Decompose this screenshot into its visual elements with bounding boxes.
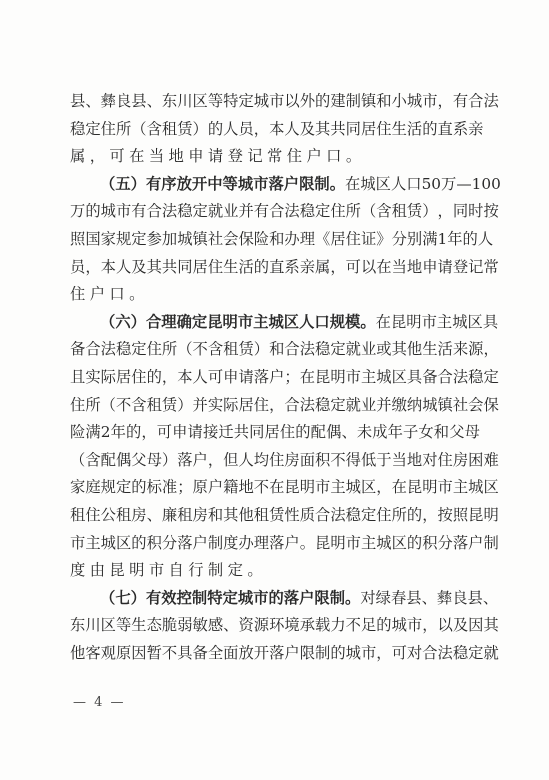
text-char: 川 [85,612,100,640]
heading-char: 定 [223,585,238,613]
text-char: 地 [169,143,189,171]
heading-char: 户 [299,585,314,613]
text-char: （ [177,336,192,364]
text-char: 的 [208,116,223,144]
text-char: 办 [284,226,299,254]
text-char: 城 [254,88,269,116]
text-char: 万 [441,171,456,199]
text-char: 他 [70,640,85,668]
text-char: 定 [330,392,345,420]
text-char: 不 [346,612,361,640]
text-char: 区 [392,530,407,558]
heading-char: 人 [299,309,314,337]
text-char: 落 [269,530,284,558]
text-char: ； [177,474,192,502]
text-char: 同 [177,254,192,282]
text-char: ， [254,116,269,144]
text-char: ， [376,474,391,502]
text-char: 住 [208,254,223,282]
text-char: 稳 [70,116,85,144]
text-char: 。 [346,143,366,171]
heading-char: 效 [161,585,176,613]
text-char: 稳 [315,392,330,420]
text-char: 员 [238,116,253,144]
text-char: 或 [376,336,391,364]
text-char: 其 [223,502,238,530]
text-char: 度 [70,557,90,585]
text-char: ， [90,143,110,171]
text-char: 积 [315,447,330,475]
text-char: 和 [269,336,284,364]
text-char: 备 [193,640,208,668]
text-char: 明 [300,474,315,502]
text-char: 租 [162,116,177,144]
heading-char: （ [100,309,115,337]
text-char: 及 [300,116,315,144]
text-char: 市 [70,530,85,558]
text-char: 常 [483,254,498,282]
text-char: 住 [70,392,85,420]
text-char: 规 [116,226,131,254]
text-char: 在 [376,309,391,337]
text-char: 落 [269,640,284,668]
text-char: 当 [392,254,407,282]
text-line: 县、彝良县、东川区等特定城市以外的建制镇和小城市，有合法 [70,88,480,116]
text-char: 和 [269,226,284,254]
text-char: 本 [269,116,284,144]
text-char: 定 [131,336,146,364]
text-char: 、 [147,88,162,116]
text-char: 合 [284,336,299,364]
text-char: ， [376,640,391,668]
text-char: 住 [376,502,391,530]
text-char: 。 [129,281,149,309]
text-char: 城 [101,530,116,558]
text-char: 小 [392,88,407,116]
text-char: 。 [300,530,315,558]
text-char: 落 [177,447,192,475]
text-char: 困 [468,447,483,475]
text-char: 地 [238,474,253,502]
text-char: 人 [478,226,493,254]
text-char: ， [269,392,284,420]
text-char: 备 [70,336,85,364]
text-char: 合 [147,198,162,226]
heading-char: 七 [115,585,130,613]
text-char: 际 [101,364,116,392]
text-char: 明 [483,502,498,530]
text-char: 以 [284,88,299,116]
text-line: 稳定住所（含租赁）的人员，本人及其共同居住生活的直系亲 [70,116,480,144]
text-char: 在 [376,254,391,282]
text-char: 所 [85,392,100,420]
heading-char: 规 [330,309,345,337]
text-char: 城 [346,640,361,668]
text-char: （ [101,392,116,420]
heading-char: 五 [115,171,130,199]
text-char: 万 [70,198,85,226]
text-char: 载 [315,612,330,640]
text-char: 市 [346,364,361,392]
text-char: 未 [357,419,372,447]
text-char: 制 [208,530,223,558]
heading-char: 。 [360,309,375,337]
text-char: 全 [208,640,223,668]
text-char: 并 [238,198,253,226]
text-line: 照国家规定参加城镇社会保险和办理《居住证》分别满1年的人 [70,226,480,254]
heading-char: 昆 [207,309,222,337]
text-char: 直 [269,254,284,282]
text-char: 共 [162,254,177,282]
text-char: 实 [208,392,223,420]
text-char: 源 [254,612,269,640]
text-char: 不 [254,474,269,502]
text-char: 按 [483,198,498,226]
text-char: 按 [438,502,453,530]
text-char: 租 [223,336,238,364]
text-line: 属，可在当地申请登记常住户口。 [70,143,480,171]
text-char: 房 [193,502,208,530]
text-char: 分 [392,226,407,254]
text-char: 观 [101,640,116,668]
text-char: 其 [392,336,407,364]
text-char: 在 [269,474,284,502]
text-char: 的 [407,502,422,530]
text-char: 有 [131,198,146,226]
text-char: 良 [452,585,467,613]
text-char: ） [254,336,269,364]
text-char: 业 [223,198,238,226]
text-char: 区 [193,88,208,116]
text-char: 并 [193,392,208,420]
text-char: 制 [315,640,330,668]
text-char: 市 [438,474,453,502]
text-char: 际 [223,392,238,420]
text-char: 就 [483,640,498,668]
text-char: 区 [116,530,131,558]
text-char: 亲 [300,254,315,282]
text-char: 开 [254,640,269,668]
text-line: （七）有效控制特定城市的落户限制。对绿春县、彝良县、 [70,585,480,613]
text-char: 彝 [437,585,452,613]
text-char: 合 [85,336,100,364]
text-char: 和 [208,502,223,530]
text-char: 住 [346,226,361,254]
page-number: — 4 — [73,695,126,710]
text-char: 和 [434,419,449,447]
text-char: 质 [300,502,315,530]
text-char: 性 [284,502,299,530]
text-char: 的 [85,198,100,226]
text-char: 力 [330,612,345,640]
text-char: 住 [85,502,100,530]
text-char: 城 [452,309,467,337]
text-char: 住 [101,116,116,144]
text-char: 标 [147,474,162,502]
document-body: 县、彝良县、东川区等特定城市以外的建制镇和小城市，有合法稳定住所（含租赁）的人员… [70,88,480,667]
text-char: 租 [147,392,162,420]
text-char: 积 [422,530,437,558]
text-char: 活 [238,254,253,282]
text-char: 态 [147,612,162,640]
text-char: 定 [468,640,483,668]
text-char: 分 [162,530,177,558]
text-char: 客 [85,640,100,668]
text-char: 地 [407,254,422,282]
text-char: 的 [254,254,269,282]
text-char: 合 [422,640,437,668]
text-char: 户 [306,143,326,171]
text-char: 的 [295,419,310,447]
text-line: 租住公租房、廉租房和其他租赁性质合法稳定住所的，按照昆明 [70,502,480,530]
text-char: 主 [330,474,345,502]
text-char: 等 [208,88,223,116]
text-char: 系 [453,116,468,144]
text-char: ， [208,447,223,475]
text-char: 含 [147,116,162,144]
text-char: ） [422,198,437,226]
text-char: 户 [468,530,483,558]
text-char: 共 [234,419,249,447]
text-char: 区 [101,612,116,640]
text-char: 度 [223,530,238,558]
text-char: 国 [85,226,100,254]
text-char: 赁 [269,502,284,530]
heading-char: 序 [161,171,176,199]
text-char: 户 [284,640,299,668]
text-char: 生 [223,254,238,282]
heading-char: 口 [314,309,329,337]
text-char: 原 [116,640,131,668]
text-char: 人 [193,364,208,392]
text-char: 市 [346,530,361,558]
text-line: 他客观原因暂不具备全面放开落户限制的城市，可对合法稳定就 [70,640,480,668]
text-char: 以 [361,254,376,282]
text-char: 人 [223,116,238,144]
text-char: 请 [188,419,203,447]
text-char: 市 [422,309,437,337]
text-char: 城 [468,474,483,502]
text-char: 其 [483,612,498,640]
text-char: 照 [70,226,85,254]
text-char: 因 [468,612,483,640]
text-char: 理 [254,530,269,558]
text-char: 镇 [438,392,453,420]
heading-char: 有 [146,171,161,199]
text-char: ） [193,116,208,144]
text-char: 资 [238,612,253,640]
text-char: 接 [203,419,218,447]
text-line: 员，本人及其共同居住生活的直系亲属，可以在当地申请登记常 [70,254,480,282]
text-char: 生 [392,116,407,144]
text-char: 放 [238,640,253,668]
heading-char: ） [131,171,146,199]
text-char: 法 [300,336,315,364]
text-char: 城 [376,530,391,558]
text-char: 其 [315,116,330,144]
text-char: 镇 [193,226,208,254]
text-char: 登 [453,254,468,282]
text-char: 自 [169,557,189,585]
text-char: 有 [254,198,269,226]
text-char: 合 [438,364,453,392]
text-char: 户 [193,530,208,558]
heading-char: 落 [284,585,299,613]
text-char: 租 [392,198,407,226]
text-char: 脆 [162,612,177,640]
heading-char: 城 [238,171,253,199]
text-char: 可 [208,364,223,392]
heading-char: 制 [314,171,329,199]
text-char: 请 [238,364,253,392]
text-char: 的 [315,88,330,116]
text-char: 和 [376,88,391,116]
text-char: 昆 [315,364,330,392]
text-char: 口 [109,281,129,309]
text-char: 偶 [116,447,131,475]
text-char: 不 [116,392,131,420]
text-char: 迁 [218,419,233,447]
text-char: 生 [422,336,437,364]
text-char: 稳 [453,640,468,668]
text-char: 本 [177,364,192,392]
text-char: 稳 [116,336,131,364]
heading-char: 控 [177,585,192,613]
text-line: （含配偶父母）落户，但人均住房面积不得低于当地对住房困难 [70,447,480,475]
text-char: ， [483,336,498,364]
heading-char: （ [100,585,115,613]
text-char: 申 [223,364,238,392]
text-char: 满 [85,419,100,447]
heading-char: ） [131,585,146,613]
text-char: 保 [483,392,498,420]
text-char: 参 [147,226,162,254]
text-char: 家 [101,226,116,254]
text-char: 居 [361,116,376,144]
text-char: 赁 [238,336,253,364]
text-char: 业 [361,392,376,420]
text-char: 就 [346,392,361,420]
text-char: 住 [376,116,391,144]
text-char: 并 [376,392,391,420]
text-char: 规 [101,474,116,502]
text-char: 实 [85,364,100,392]
text-char: 区 [483,474,498,502]
text-char: 房 [131,502,146,530]
heading-char: 的 [268,585,283,613]
text-char: 落 [177,530,192,558]
text-char: 的 [422,116,437,144]
text-char: 积 [147,530,162,558]
text-char: 等 [116,612,131,640]
text-char: — [456,171,471,199]
text-char: 满 [422,226,437,254]
text-char: 市 [361,640,376,668]
text-char: 子 [403,419,418,447]
text-char: 的 [131,474,146,502]
text-char: 缴 [392,392,407,420]
text-char: ， [438,198,453,226]
text-char: 昆 [284,474,299,502]
text-char: 昆 [468,502,483,530]
text-char: 、 [422,585,437,613]
text-char: 镇 [361,88,376,116]
text-char: 对 [360,585,375,613]
text-char: 房 [284,447,299,475]
text-char: （ [361,198,376,226]
text-char: 请 [208,143,228,171]
text-char: 人 [391,171,406,199]
text-char: 定 [131,226,146,254]
text-char: 的 [126,419,141,447]
text-char: 人 [116,254,131,282]
text-char: 面 [300,447,315,475]
text-char: 的 [407,530,422,558]
text-char: 主 [361,530,376,558]
text-char: 险 [254,226,269,254]
text-char: 足 [361,612,376,640]
text-char: 证 [361,226,376,254]
text-char: 及 [131,254,146,282]
text-char: 申 [172,419,187,447]
text-char: 稳 [177,198,192,226]
text-char: 感 [208,612,223,640]
text-char: 由 [90,557,110,585]
text-char: 定 [193,198,208,226]
text-char: 城 [407,88,422,116]
text-char: 记 [468,254,483,282]
text-char: 县 [406,585,421,613]
text-char: 法 [162,198,177,226]
text-char: 城 [376,364,391,392]
text-char: 特 [223,88,238,116]
heading-char: 城 [238,585,253,613]
text-char: 租 [70,502,85,530]
text-char: 定 [315,198,330,226]
text-char: 。 [247,557,267,585]
text-char: 区 [392,364,407,392]
heading-char: 六 [115,309,130,337]
text-char: 市 [422,88,437,116]
text-char: 具 [177,640,192,668]
heading-char: ） [131,309,146,337]
text-line: 家庭规定的标准；原户籍地不在昆明市主城区，在昆明市主城区 [70,474,480,502]
text-char: 昆 [391,309,406,337]
text-char: 登 [228,143,248,171]
text-char: 业 [361,336,376,364]
heading-char: 合 [146,309,161,337]
text-char: 偶 [326,419,341,447]
text-char: 以 [438,612,453,640]
text-char: ） [177,392,192,420]
text-char: 同 [249,419,264,447]
text-char: 定 [483,364,498,392]
text-char: 主 [361,364,376,392]
text-char: 东 [162,88,177,116]
text-char: 居 [238,392,253,420]
text-char: 申 [422,254,437,282]
text-char: 城 [101,198,116,226]
text-char: 住 [438,447,453,475]
text-char: 城 [360,171,375,199]
text-line: 万的城市有合法稳定就业并有合法稳定住所（含租赁），同时按 [70,198,480,226]
text-char: 定 [85,116,100,144]
text-char: 市 [407,612,422,640]
text-char: 所 [162,336,177,364]
text-char: 2 [101,419,111,447]
text-char: 主 [85,530,100,558]
text-char: 合 [315,502,330,530]
